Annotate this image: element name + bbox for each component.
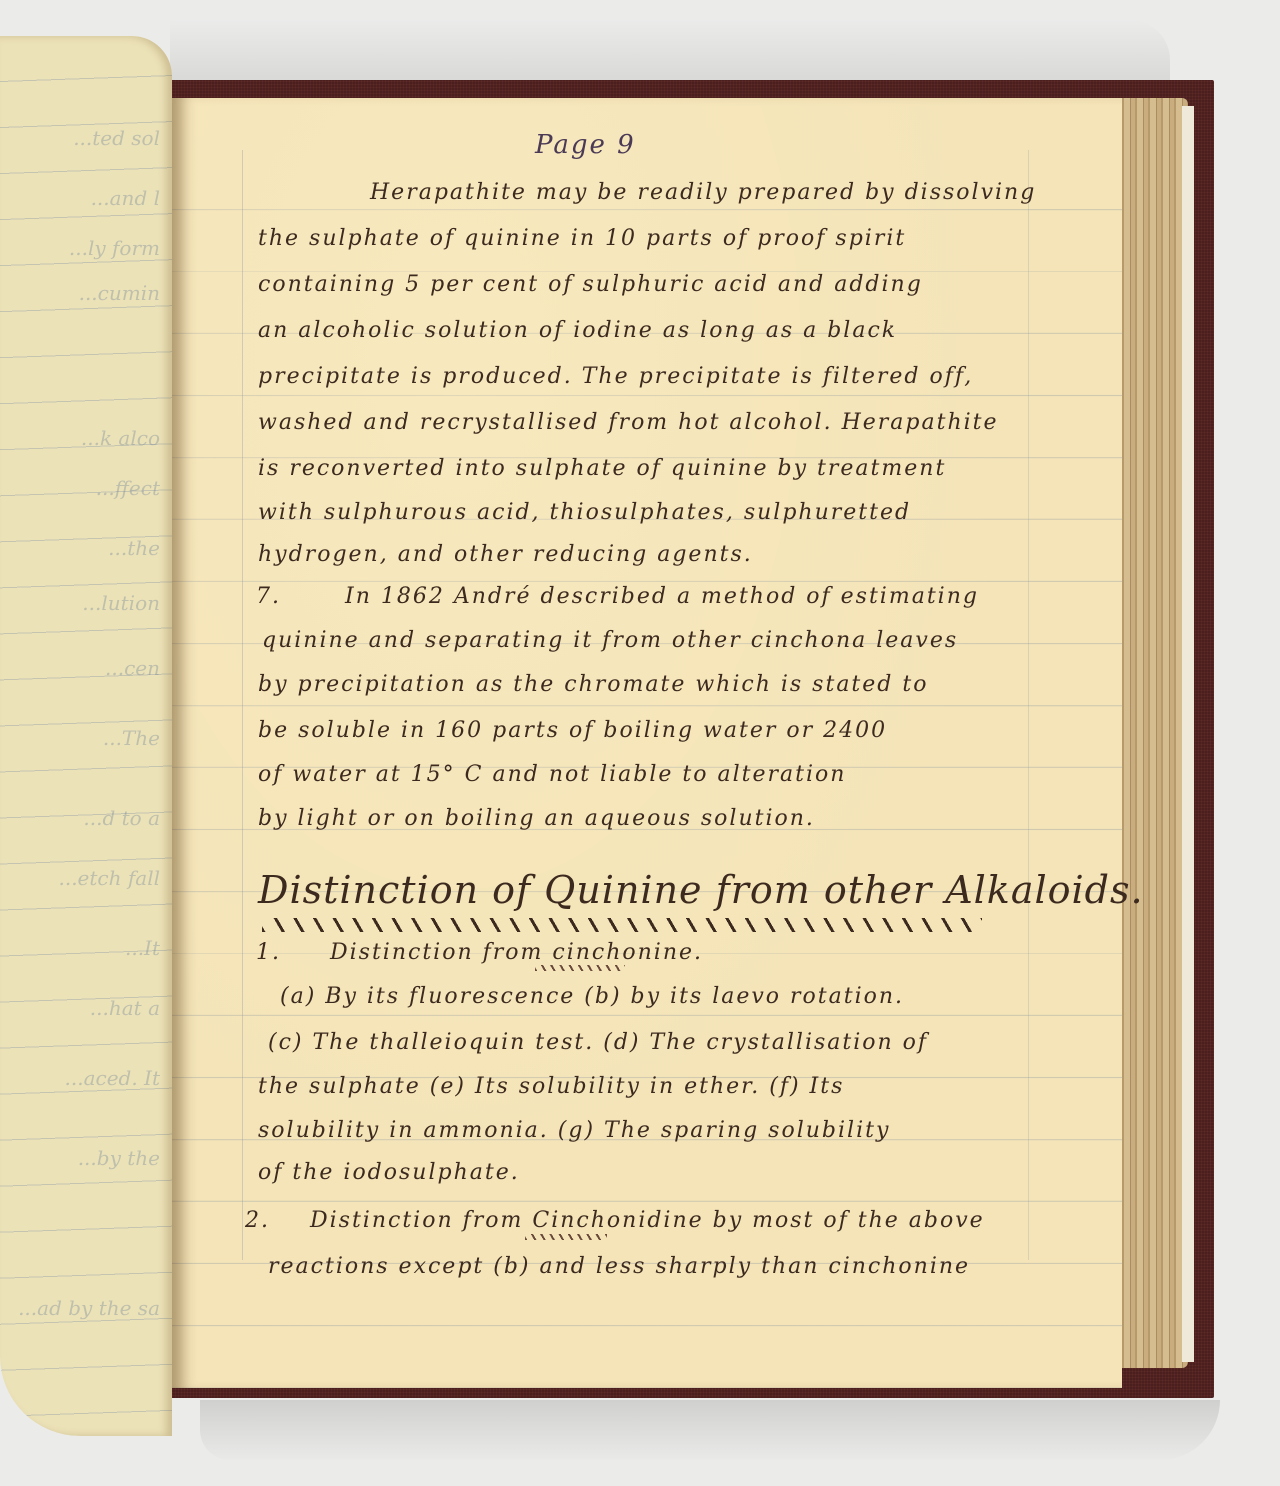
text-line: the sulphate (e) Its solubility in ether… [258, 1074, 844, 1099]
ghost-text: ...cen [10, 656, 160, 680]
ghost-text: ...hat a [10, 996, 160, 1020]
page-number: Page 9 [535, 130, 636, 160]
ghost-text: ...aced. It [10, 1066, 160, 1090]
ghost-text: ...It [10, 936, 160, 960]
ghost-text: ...and l [10, 186, 160, 210]
word-underline [535, 965, 625, 971]
ghost-text: ...ffect [10, 476, 160, 500]
item-number: 1. [256, 940, 281, 965]
text-line: of the iodosulphate. [258, 1160, 520, 1185]
text-line: the sulphate of quinine in 10 parts of p… [258, 226, 906, 251]
text-line: of water at 15° C and not liable to alte… [258, 762, 846, 787]
ghost-text: ...lution [10, 591, 160, 615]
ghost-text: ...The [10, 726, 160, 750]
text-line: hydrogen, and other reducing agents. [258, 542, 753, 567]
ghost-text: ...cumin [10, 281, 160, 305]
margin-line [242, 150, 243, 1260]
item-number: 2. [245, 1208, 270, 1233]
ghost-text: ...ad by the sa [10, 1296, 160, 1320]
item-number: 7. [256, 584, 281, 609]
text-line: by light or on boiling an aqueous soluti… [258, 806, 815, 831]
text-line: (a) By its fluorescence (b) by its laevo… [280, 984, 904, 1009]
text-line: washed and recrystallised from hot alcoh… [258, 410, 999, 435]
word-underline [525, 1234, 607, 1240]
text-line: solubility in ammonia. (g) The sparing s… [258, 1118, 890, 1143]
text-line: Herapathite may be readily prepared by d… [370, 180, 1036, 205]
text-line: (c) The thalleioquin test. (d) The cryst… [268, 1030, 928, 1055]
endpaper [1182, 106, 1194, 1362]
text-line: containing 5 per cent of sulphuric acid … [258, 272, 923, 297]
text-line: is reconverted into sulphate of quinine … [258, 456, 946, 481]
ghost-text: ...ly form [10, 236, 160, 260]
ghost-text: ...k alco [10, 426, 160, 450]
background-shadow-bottom [200, 1400, 1220, 1460]
item-title: Distinction from cinchonine. [330, 940, 703, 965]
text-line: be soluble in 160 parts of boiling water… [258, 718, 887, 743]
page-edges [1118, 98, 1188, 1368]
text-line: with sulphurous acid, thiosulphates, sul… [258, 500, 911, 525]
text-line: Distinction from Cinchonidine by most of… [310, 1208, 985, 1233]
section-heading: Distinction of Quinine from other Alkalo… [258, 868, 1144, 912]
text-line: In 1862 André described a method of esti… [345, 584, 979, 609]
right-margin-line [1028, 150, 1029, 1260]
ghost-text: ...ted sol [10, 126, 160, 150]
left-page: ...ted sol ...and l ...ly form ...cumin … [0, 36, 172, 1436]
background-shadow-top [170, 20, 1170, 80]
ghost-text: ...by the [10, 1146, 160, 1170]
text-line: by precipitation as the chromate which i… [258, 672, 928, 697]
ghost-text: ...etch fall [10, 866, 160, 890]
ghost-text: ...the [10, 536, 160, 560]
text-line: precipitate is produced. The precipitate… [258, 364, 973, 389]
ghost-text: ...d to a [10, 806, 160, 830]
heading-underline [262, 918, 982, 932]
text-line: quinine and separating it from other cin… [262, 628, 958, 653]
text-line: an alcoholic solution of iodine as long … [258, 318, 897, 343]
text-line: reactions except (b) and less sharply th… [268, 1254, 970, 1279]
